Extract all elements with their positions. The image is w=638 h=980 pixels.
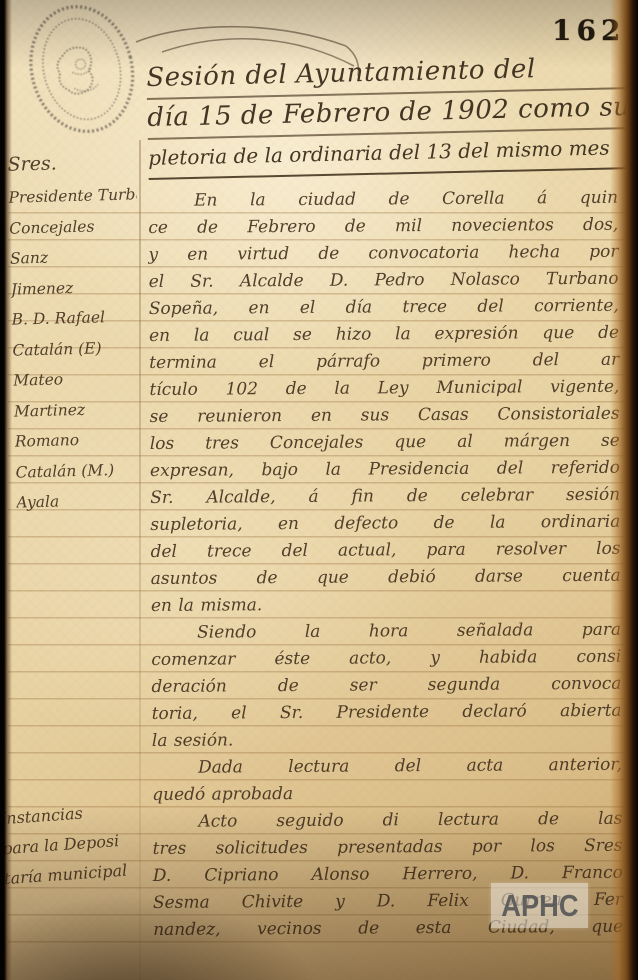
attendee-names: Presidente TurbanoConcejalesSanzJimenezB… (8, 180, 145, 519)
aphc-watermark: APHC (491, 883, 588, 928)
manuscript-line: Sopeña, en el día trece del corriente, (149, 293, 619, 323)
attendee-name: Martinez (14, 394, 143, 428)
manuscript-line: toria, el Sr. Presidente declaró abierta (152, 698, 622, 728)
manuscript-line: tículo 102 de la Ley Municipal vigente, (149, 374, 619, 404)
manuscript-line: los tres Concejales que al márgen se (150, 428, 620, 458)
attendee-name: B. D. Rafael (11, 302, 140, 336)
attendee-name: Jimenez (10, 272, 139, 306)
margin-heading: Sres. (7, 146, 136, 183)
session-title: Sesión del Ayuntamiento deldía 15 de Feb… (146, 49, 635, 180)
page-number: 162 (552, 14, 625, 47)
manuscript-line: en la misma. (151, 590, 621, 620)
manuscript-line: termina el párrafo primero del ar (149, 347, 619, 377)
manuscript-line: supletoria, en defecto de la ordinaria (150, 509, 620, 539)
attendee-name: Presidente Turbano (8, 180, 137, 214)
manuscript-line: expresan, bajo la Presidencia del referi… (150, 455, 620, 485)
manuscript-line: deración de ser segunda convoca (151, 671, 621, 701)
manuscript-line: del trece del actual, para resolver los (150, 536, 620, 566)
watermark-text: APHC (501, 888, 578, 924)
manuscript-line: asuntos de que debió darse cuenta (151, 563, 621, 593)
attendee-name: Mateo (13, 363, 142, 397)
manuscript-line: en la cual se hizo la expresión que de (149, 320, 619, 350)
body-text: En la ciudad de Corella á quince de Febr… (148, 185, 623, 944)
manuscript-line: Siendo la hora señalada para (151, 617, 621, 647)
attendee-name: Catalán (M.) (15, 455, 144, 489)
manuscript-line: quedó aprobada (152, 779, 622, 809)
manuscript-line: Dada lectura del acta anterior, (152, 752, 622, 782)
attendees-margin: Sres. Presidente TurbanoConcejalesSanzJi… (7, 146, 145, 519)
manuscript-line: En la ciudad de Corella á quin (148, 185, 618, 215)
manuscript-line: tres solicitudes presentadas por los Sre… (153, 833, 623, 863)
manuscript-line: Acto seguido di lectura de las (152, 806, 622, 836)
attendee-name: Sanz (10, 241, 139, 275)
manuscript-line: y en virtud de convocatoria hecha por (148, 239, 618, 269)
attendee-name: Ayala (16, 485, 145, 519)
document-photo: 162 Sesión del Ayuntamiento deldía 15 de… (0, 0, 638, 980)
margin-note: Instanciaspara la Depositaría municipal (0, 795, 155, 895)
manuscript-line: Sr. Alcalde, á fin de celebrar sesión (150, 482, 620, 512)
attendee-name: Concejales (9, 211, 138, 245)
manuscript-line: comenzar éste acto, y habida consi (151, 644, 621, 674)
manuscript-line: el Sr. Alcalde D. Pedro Nolasco Turbano (149, 266, 619, 296)
manuscript-line: ce de Febrero de mil novecientos dos, (148, 212, 618, 242)
manuscript-line: se reunieron en sus Casas Consistoriales (150, 401, 620, 431)
attendee-name: Romano (14, 424, 143, 458)
attendee-name: Catalán (E) (12, 333, 141, 367)
manuscript-line: la sesión. (152, 725, 622, 755)
